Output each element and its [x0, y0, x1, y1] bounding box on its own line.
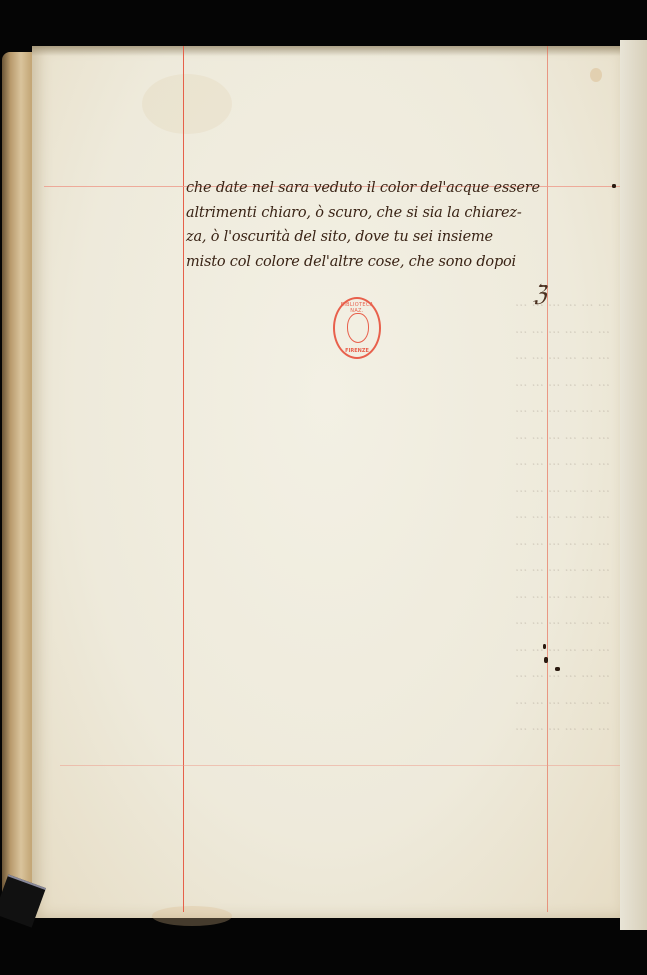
end-flourish: ℨ: [533, 282, 547, 307]
text-line-4: misto col colore del'altre cose, che son…: [186, 250, 576, 275]
bleed-line: ... ... ... ... ... ...: [190, 317, 610, 344]
bleed-line: ... ... ... ... ... ...: [190, 343, 610, 370]
bleed-line: ... ... ... ... ... ...: [190, 714, 610, 741]
bleed-line: ... ... ... ... ... ...: [190, 290, 610, 317]
bleed-line: ... ... ... ... ... ...: [190, 661, 610, 688]
stamp-crest-icon: [347, 313, 369, 343]
footer-rule: [60, 765, 620, 766]
stamp-bottom-text: FIRENZE: [335, 348, 379, 354]
bleed-line: ... ... ... ... ... ...: [190, 608, 610, 635]
bleed-line: ... ... ... ... ... ...: [190, 502, 610, 529]
ink-spot: [544, 657, 548, 663]
text-line-1: che date nel sara veduto il color del'ac…: [186, 176, 576, 201]
bleed-line: ... ... ... ... ... ...: [190, 529, 610, 556]
bleed-line: ... ... ... ... ... ...: [190, 449, 610, 476]
margin-rule-left: [183, 46, 184, 912]
bleed-through-text: ... ... ... ... ... ... ... ... ... ... …: [190, 290, 610, 741]
adjacent-page-edge: [620, 40, 647, 930]
ink-spot: [543, 644, 546, 649]
handwritten-text: che date nel sara veduto il color del'ac…: [186, 176, 576, 274]
bleed-line: ... ... ... ... ... ...: [190, 423, 610, 450]
bleed-line: ... ... ... ... ... ...: [190, 555, 610, 582]
ink-spot: [612, 184, 616, 188]
foxing-stain: [152, 906, 232, 926]
text-line-2: altrimenti chiaro, ò scuro, che si sia l…: [186, 201, 576, 226]
page-top-shadow: [32, 46, 620, 56]
bleed-line: ... ... ... ... ... ...: [190, 582, 610, 609]
bleed-line: ... ... ... ... ... ...: [190, 370, 610, 397]
bleed-line: ... ... ... ... ... ...: [190, 396, 610, 423]
library-stamp: BIBLIOTECA NAZ. FIRENZE: [333, 297, 381, 359]
foxing-stain: [142, 74, 232, 134]
text-line-3: za, ò l'oscurità del sito, dove tu sei i…: [186, 225, 576, 250]
bleed-line: ... ... ... ... ... ...: [190, 688, 610, 715]
bleed-line: ... ... ... ... ... ...: [190, 476, 610, 503]
foxing-stain: [590, 68, 602, 82]
ink-spot: [555, 667, 560, 671]
manuscript-scan: ... ... ... ... ... ... ... ... ... ... …: [0, 0, 647, 975]
